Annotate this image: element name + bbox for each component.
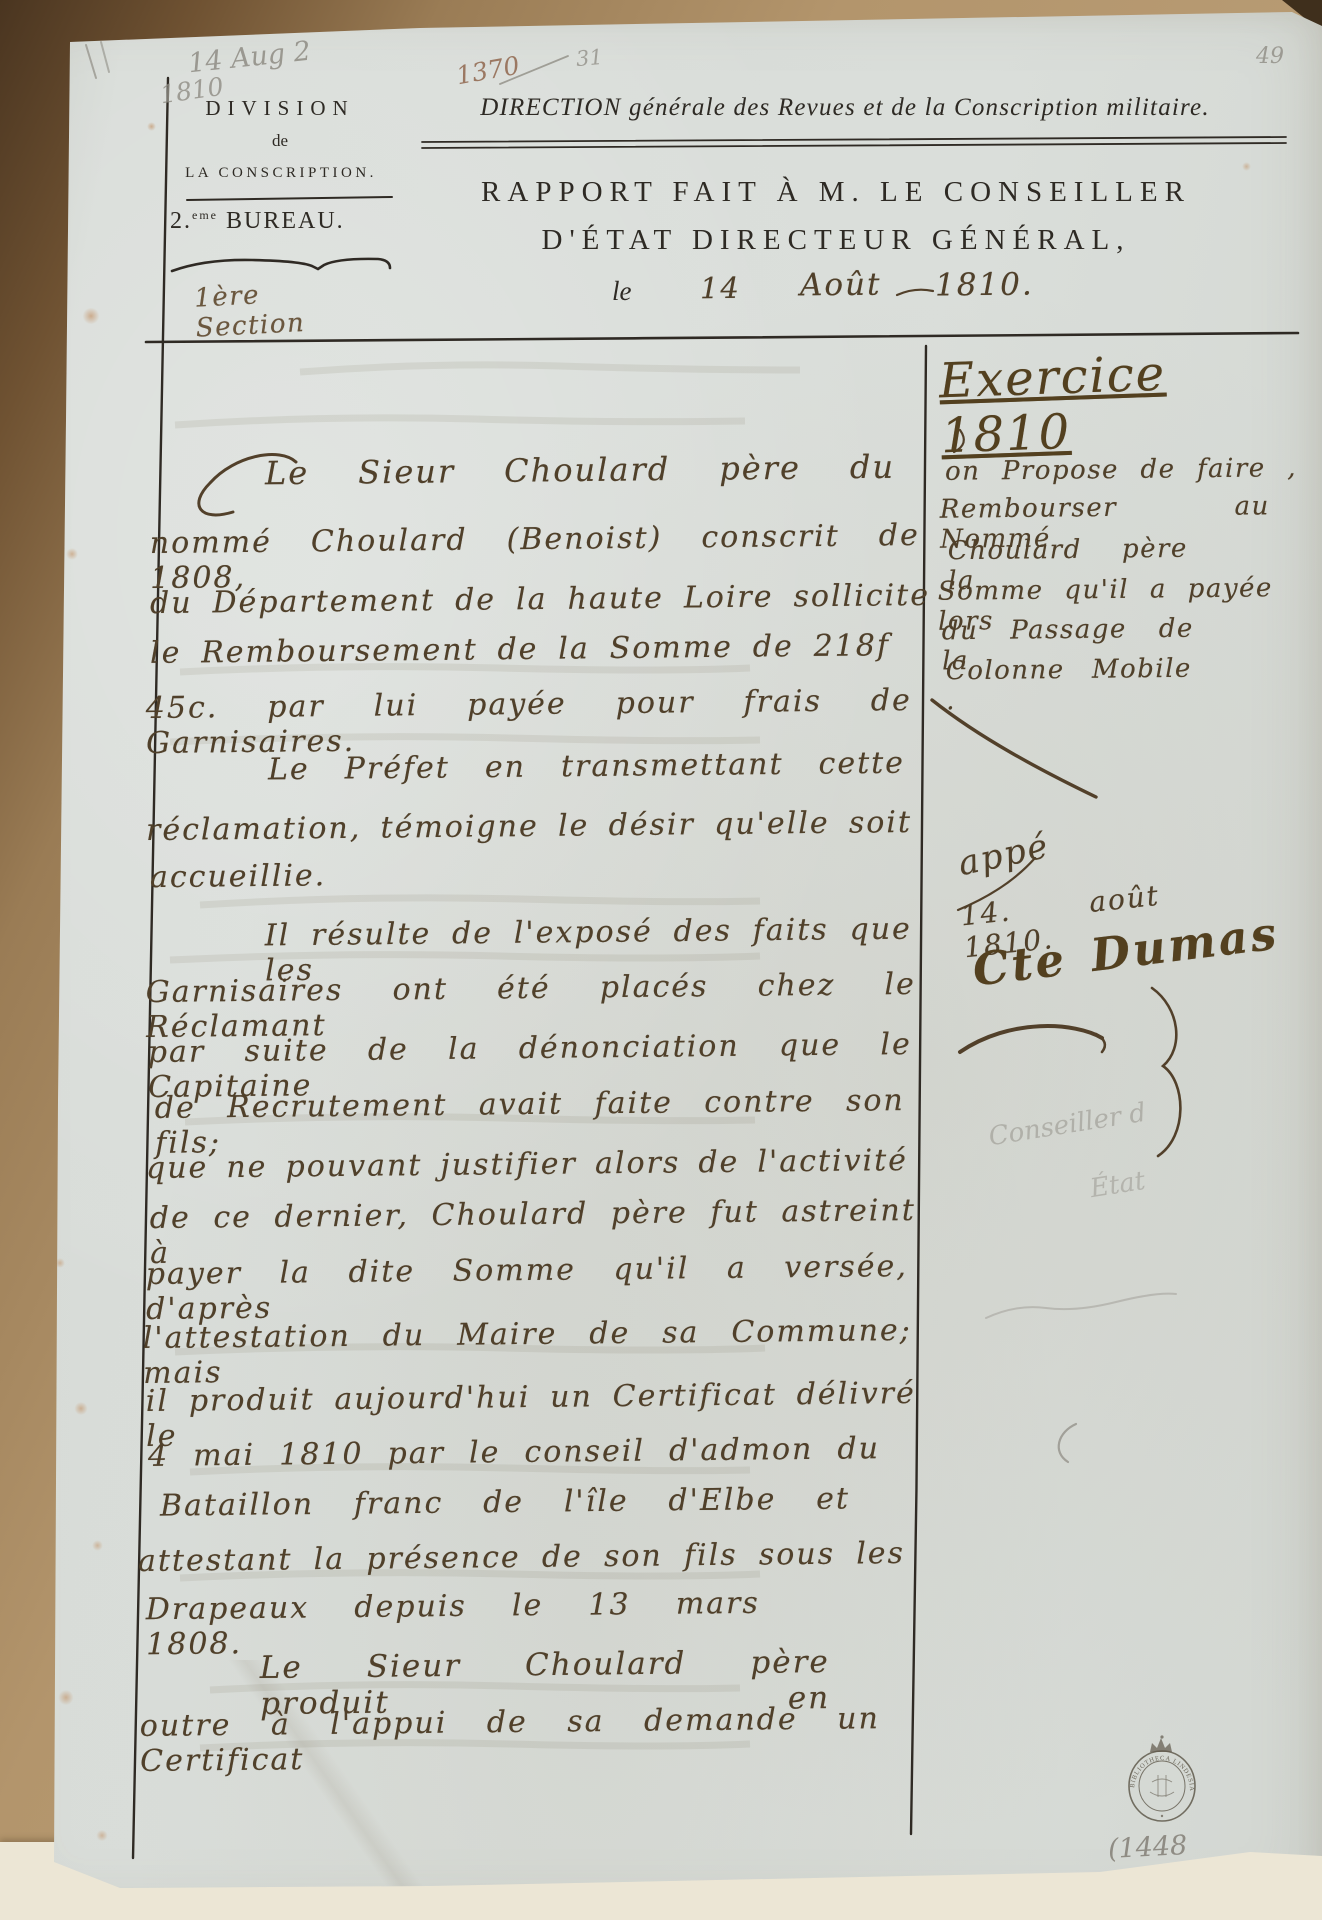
bureau-number: 2.: [170, 208, 192, 234]
date-day: 14: [700, 272, 741, 306]
margin-note-line: on Propose de faire ,: [945, 454, 1297, 488]
section-handwritten: 1ère Section: [194, 275, 377, 344]
pencil-catalog-number: (1448: [1107, 1830, 1188, 1865]
stamp-emblem: [1150, 1775, 1174, 1797]
pencil-faint-note: [986, 1294, 1176, 1318]
bureau-brace: [172, 259, 390, 271]
left-border-line: [133, 78, 168, 1858]
document-photo: BIBLIOTHECA LINDESIANA 14 Aug 2 1810 137…: [0, 0, 1322, 1920]
margin-note-line: Colonne Mobile .: [946, 655, 1193, 717]
bureau-line: 2.eme BUREAU.: [170, 208, 345, 235]
body-line: Bataillon franc de l'île d'Elbe et: [160, 1482, 850, 1524]
date-swash: [897, 290, 933, 295]
bureau-word: BUREAU.: [226, 208, 345, 234]
pencil-folio: 49: [1256, 44, 1284, 69]
division-title: DIVISION: [170, 96, 390, 121]
double-rule-top: [422, 137, 1286, 142]
document-page: BIBLIOTHECA LINDESIANA 14 Aug 2 1810 137…: [0, 0, 1322, 1920]
bureau-ordinal: eme: [192, 208, 218, 222]
direction-line: DIRECTION générale des Revues et de la C…: [405, 94, 1285, 122]
pencil-number-small: 31: [575, 45, 604, 71]
body-line: accueillie.: [150, 859, 370, 896]
exercice-heading: Exercice 1810: [938, 342, 1310, 465]
stamp-crown-icon: [1150, 1738, 1172, 1752]
signature-swoosh: [960, 1026, 1102, 1052]
body-line: outre à l'appui de sa demande un Certifi…: [140, 1702, 881, 1779]
body-line: Le Sieur Choulard père du: [265, 449, 895, 492]
date-month: Août: [800, 268, 882, 304]
double-rule-bottom: [422, 143, 1286, 148]
body-line: Le Préfet en transmettant cette: [268, 747, 905, 788]
date-le: le: [612, 276, 632, 307]
pencil-c-mark: [1059, 1424, 1076, 1462]
report-title-line1: RAPPORT FAIT À M. LE CONSEILLER: [420, 176, 1252, 209]
brace-flourish: [1152, 988, 1180, 1156]
report-title-line2: D'ÉTAT DIRECTEUR GÉNÉRAL,: [420, 224, 1252, 257]
division-conscription: LA CONSCRIPTION.: [168, 165, 394, 182]
division-de: de: [170, 131, 390, 151]
date-year: 1810.: [935, 267, 1034, 304]
conscription-rule: [187, 197, 392, 200]
